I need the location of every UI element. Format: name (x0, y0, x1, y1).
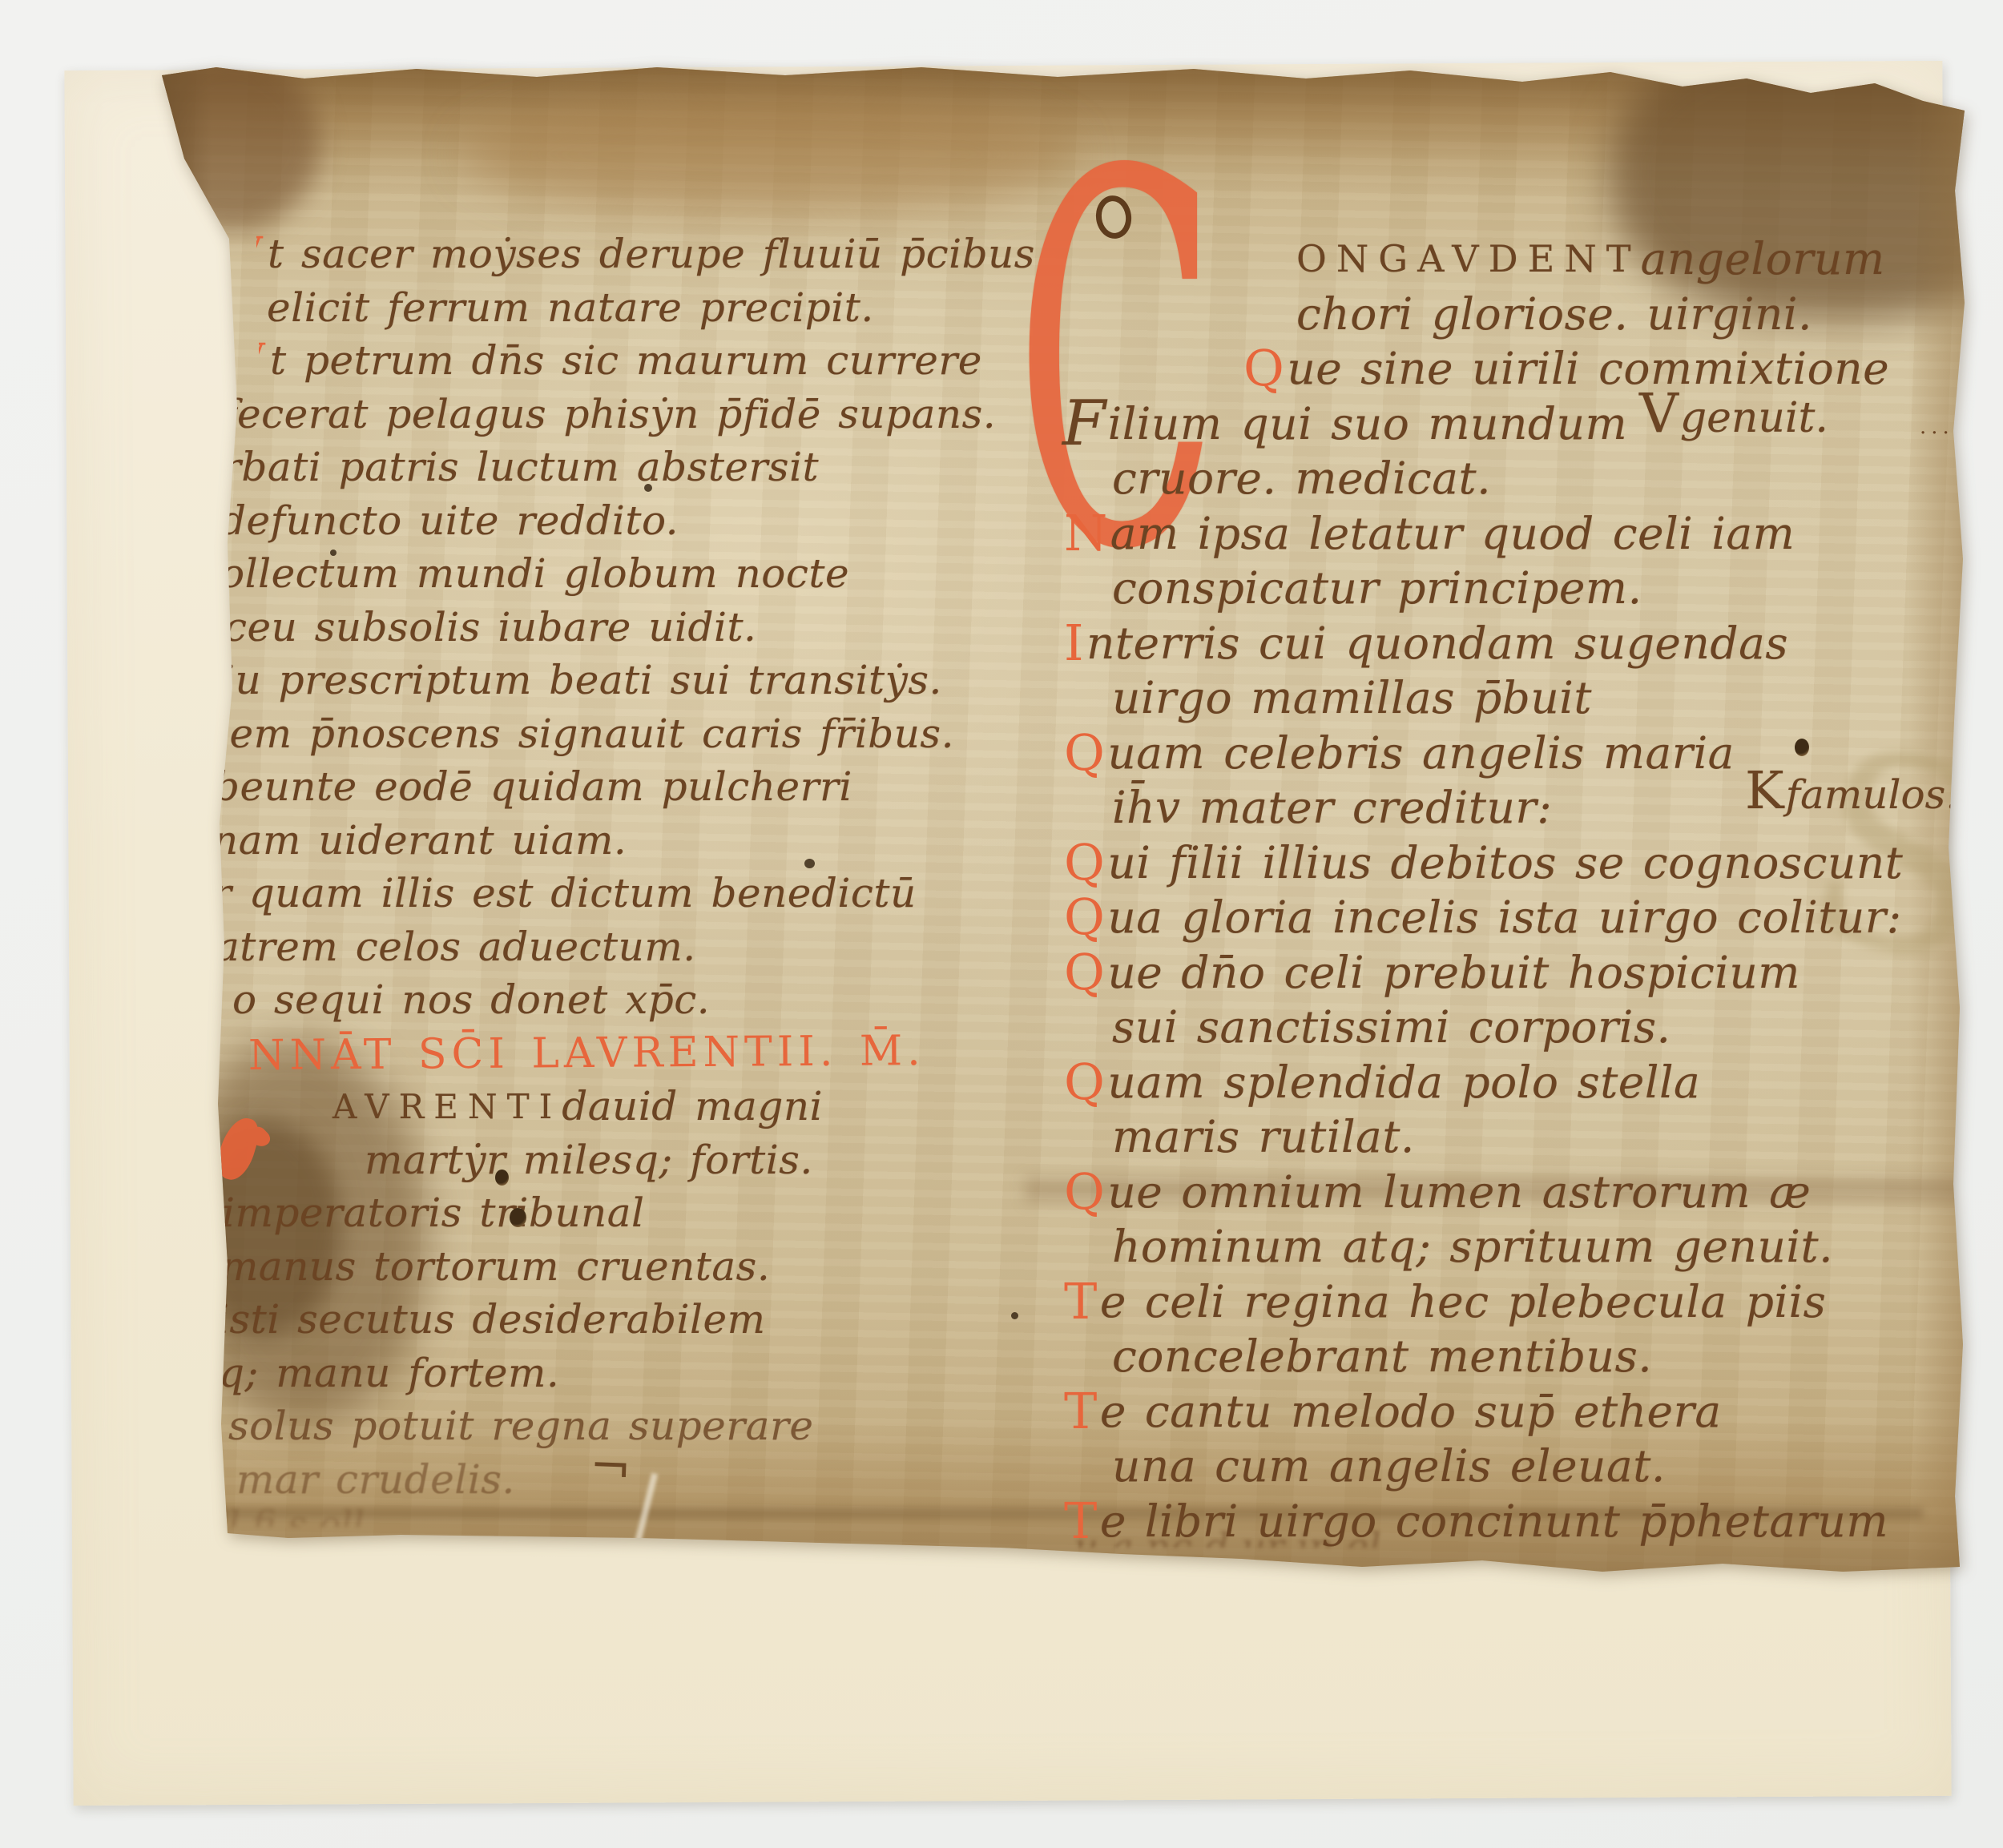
manuscript-line: ollectum mundi globum nocte (212, 547, 1035, 601)
line-text: manus tortorum cruentas. (220, 1243, 770, 1290)
manuscript-line: Vt petrum dn̄s sic maurum currere (212, 334, 1035, 388)
line-text: atrem celos aduectum. (216, 924, 696, 970)
manuscript-line: Que dn̄o celi prebuit hospicium (1062, 945, 1903, 1000)
manuscript-line: martẏr milesq; fortis. (212, 1133, 1035, 1187)
manuscript-line: maris rutilat. (1062, 1109, 1903, 1165)
line-text: e celi regina hec plebecula piis (1100, 1276, 1826, 1327)
wormhole (510, 1208, 526, 1227)
wormhole (1795, 739, 1809, 756)
manuscript-line: rbati patris luctum abstersit (212, 441, 1035, 494)
line-text: ui filii illius debitos se cognoscunt (1107, 837, 1903, 888)
line-text: elicit ferrum natare precipit. (267, 284, 874, 331)
rubric-text: NNĀT SC̄I LAVRENTII. M̄. (248, 1027, 925, 1080)
wormhole (495, 1170, 509, 1186)
manuscript-line: Qui filii illius debitos se cognoscunt (1062, 835, 1903, 891)
line-text: ue omnium lumen astrorum æ (1107, 1166, 1811, 1218)
line-text: ollectum mundi globum nocte (220, 550, 849, 597)
line-text: iu prescriptum beati sui transitẏs. (222, 657, 942, 703)
line-text: uam celebris angelis maria (1107, 727, 1735, 779)
ink-speck (1011, 1312, 1018, 1319)
line-text: mar crudelis. (236, 1456, 515, 1503)
parchment-leaf: S C Vt sacer moẏses derupe fluuiū p̄cibu… (160, 62, 1965, 1580)
line-text: isti secutus desiderabilem (216, 1296, 765, 1343)
line-text: maris rutilat. (1112, 1111, 1415, 1162)
manuscript-line: manus tortorum cruentas. (212, 1240, 1035, 1294)
manuscript-line: atrem celos aduectum. (212, 920, 1035, 974)
line-text: nterris cui quondam sugendas (1086, 618, 1788, 669)
manuscript-line: Nam ipsa letatur quod celi iam (1062, 506, 1903, 562)
manuscript-line: hominum atq; sprituum genuit. (1062, 1219, 1903, 1274)
line-text: iem p̄noscens signauit caris fr̄ibus. (216, 711, 954, 757)
line-text: t petrum dn̄s sic maurum currere (270, 337, 982, 384)
manuscript-line: Te cantu melodo sup̄ ethera (1062, 1384, 1903, 1439)
reference-dots: ···· (1920, 421, 1965, 445)
ink-speck (330, 550, 337, 556)
insertion-mark: V (1639, 381, 1679, 445)
manuscript-line: o sequi nos donet xp̄c. (212, 973, 1035, 1027)
manuscript-line: imperatoris tribunal (212, 1186, 1035, 1240)
manuscript-line: ONGAVDENT angelorum (1062, 232, 1903, 287)
line-text: angelorum (1641, 233, 1885, 284)
line-text: rbati patris luctum abstersit (222, 444, 819, 490)
ink-speck (644, 484, 652, 492)
ink-speck (804, 859, 815, 868)
line-text: concelebrant mentibus. (1112, 1331, 1652, 1382)
line-text: conspicatur principem. (1112, 562, 1642, 614)
line-text: uirgo mamillas p̄buit (1112, 672, 1592, 723)
marginal-insertion-genuit: Vgenuit. (1639, 381, 1828, 445)
line-text: beunte eodē quidam pulcherri (214, 763, 852, 810)
line-text: una cum angelis eleuat. (1112, 1440, 1666, 1492)
corner-mark: ¬ (589, 1436, 632, 1496)
manuscript-line: Qua gloria incelis ista uirgo colitur: (1062, 890, 1903, 945)
manuscript-line: Que omnium lumen astrorum æ (1062, 1165, 1903, 1220)
manuscript-line: chori gloriose. uirgini. (1062, 287, 1903, 342)
left-text-column: Vt sacer moẏses derupe fluuiū p̄cibuseli… (212, 227, 1035, 1506)
rubric-line: NNĀT SC̄I LAVRENTII. M̄. (212, 1027, 1035, 1081)
line-text: e cantu melodo sup̄ ethera (1100, 1386, 1722, 1437)
manuscript-line: beunte eodē quidam pulcherri (212, 760, 1035, 814)
manuscript-line: q; manu fortem. (212, 1347, 1035, 1400)
line-text: nam uiderant uiam. (212, 817, 627, 864)
manuscript-line: Interris cui quondam sugendas (1062, 616, 1903, 671)
cut-red-initial: V (259, 336, 270, 379)
line-text: cruore. medicat. (1112, 453, 1491, 504)
photo-background: S C Vt sacer moẏses derupe fluuiū p̄cibu… (0, 0, 2003, 1848)
manuscript-line: conspicatur principem. (1062, 561, 1903, 616)
manuscript-line: fecerat pelagus phisẏn p̄fidē supans. (212, 388, 1035, 441)
manuscript-line: nam uiderant uiam. (212, 814, 1035, 868)
line-text: ih̄v mater creditur: (1112, 782, 1552, 833)
line-text: martẏr milesq; fortis. (365, 1137, 813, 1183)
manuscript-line: r quam illis est dictum benedictū (212, 867, 1035, 920)
capitals-text: ONGAVDENT (1296, 237, 1641, 280)
line-text: ue dn̄o celi prebuit hospicium (1107, 947, 1800, 998)
line-text: am ipsa letatur quod celi iam (1110, 508, 1795, 559)
manuscript-line: iu prescriptum beati sui transitẏs. (212, 654, 1035, 707)
insertion-mark: K (1745, 761, 1784, 821)
cut-red-initial: V (256, 229, 268, 272)
line-text: chori gloriose. uirgini. (1296, 288, 1812, 340)
trimmed-line-remnant: ll fi s oll (216, 1503, 633, 1527)
parchment-surface: S C Vt sacer moẏses derupe fluuiū p̄cibu… (160, 62, 1965, 1580)
manuscript-line: uirgo mamillas p̄buit (1062, 670, 1903, 726)
line-text: hominum atq; sprituum genuit. (1112, 1221, 1833, 1272)
manuscript-line: concelebrant mentibus. (1062, 1329, 1903, 1384)
line-text: ceu subsolis iubare uidit. (224, 604, 756, 650)
line-text: ilium qui suo mundum (1108, 398, 1628, 449)
manuscript-line: Te celi regina hec plebecula piis (1062, 1274, 1903, 1330)
line-text: dauid magni (562, 1083, 823, 1129)
manuscript-line: ceu subsolis iubare uidit. (212, 601, 1035, 654)
manuscript-line: sui sanctissimi corporis. (1062, 1000, 1903, 1055)
line-text: solus potuit regna superare (228, 1403, 813, 1449)
line-text: r quam illis est dictum benedictū (212, 870, 917, 916)
manuscript-line: cruore. medicat. (1062, 451, 1903, 506)
marginal-insertion-famulos: Kfamulos. (1745, 761, 1958, 821)
capitals-text: AVRENTI (332, 1087, 562, 1126)
manuscript-line: defuncto uite reddito. (212, 494, 1035, 548)
top-left-stain (160, 62, 320, 231)
line-text: o sequi nos donet xp̄c. (232, 976, 710, 1023)
line-text: fecerat pelagus phisẏn p̄fidē supans. (222, 391, 996, 437)
manuscript-line: Quam splendida polo stella (1062, 1055, 1903, 1110)
line-text: q; manu fortem. (219, 1350, 559, 1396)
top-stain (465, 95, 1074, 215)
line-text: sui sanctissimi corporis. (1112, 1001, 1671, 1053)
manuscript-line: iem p̄noscens signauit caris fr̄ibus. (212, 707, 1035, 761)
line-text: defuncto uite reddito. (220, 497, 679, 544)
manuscript-line: AVRENTI dauid magni (212, 1080, 1035, 1133)
manuscript-line: una cum angelis eleuat. (1062, 1439, 1903, 1494)
line-text: imperatoris tribunal (222, 1190, 645, 1236)
manuscript-line: Vt sacer moẏses derupe fluuiū p̄cibus (212, 227, 1035, 281)
manuscript-line: isti secutus desiderabilem (212, 1293, 1035, 1347)
manuscript-line: elicit ferrum natare precipit. (212, 281, 1035, 335)
line-text: uam splendida polo stella (1107, 1057, 1700, 1108)
line-text: ua gloria incelis ista uirgo colitur: (1107, 892, 1901, 943)
trimmed-line-remnant: u a nc d ur in el (1074, 1525, 1811, 1548)
line-text: t sacer moẏses derupe fluuiū p̄cibus (268, 231, 1035, 277)
browned-left-edge (160, 62, 212, 1580)
